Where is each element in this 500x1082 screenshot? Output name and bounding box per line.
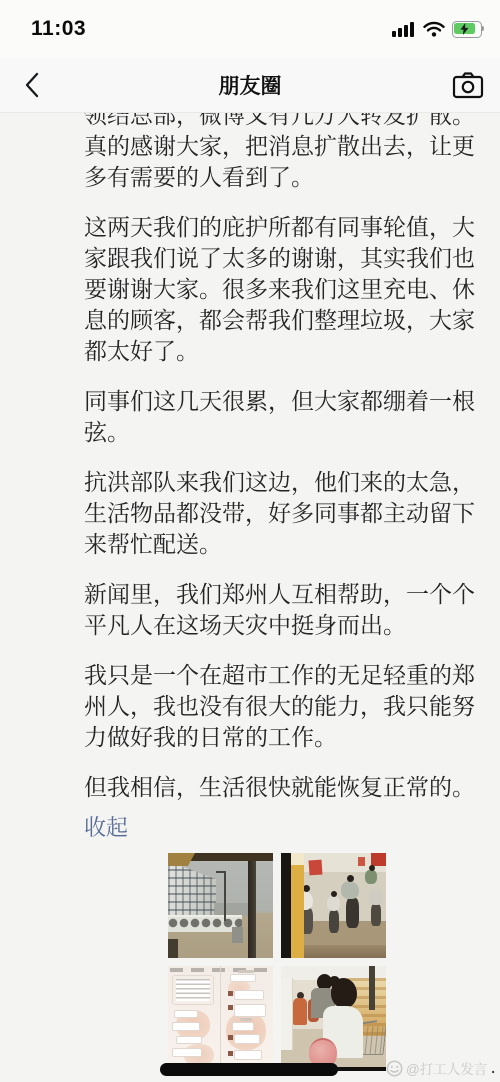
dark-pillar (369, 966, 375, 1010)
woman-head (331, 978, 357, 1008)
post-paragraph: 领结总部，微博又有几万人转发扩散。真的感谢大家，把消息扩散出去，让更多有需要的人… (84, 113, 478, 193)
chat-avatar (228, 1005, 233, 1010)
person-head (303, 885, 310, 892)
nav-bar: 朋友圈 (0, 58, 500, 113)
chat-avatar (228, 1051, 233, 1056)
post-paragraph: 抗洪部队来我们这边，他们来的太急，生活物品都没带，好多同事都主动留下来帮忙配送。 (84, 467, 478, 560)
status-time: 11:03 (31, 17, 86, 41)
person-head (331, 891, 337, 897)
person-head (347, 875, 354, 882)
status-bar: 11:03 (0, 0, 500, 58)
status-icons (392, 20, 486, 37)
post-paragraph: 新闻里，我们郑州人互相帮助，一个个平凡人在这场天灾中挺身而出。 (84, 579, 478, 641)
photo-grid (168, 853, 388, 1071)
chat-bubble (174, 1010, 198, 1018)
back-button[interactable] (16, 69, 48, 101)
chat-avatar (228, 991, 233, 996)
wifi-icon (423, 21, 445, 37)
panel-divider (220, 966, 221, 1071)
watermark-text: @打工人发言 (406, 1058, 487, 1078)
chat-timestamp (240, 1018, 252, 1021)
black-redaction-bar (160, 1063, 338, 1076)
door-frame (281, 978, 293, 1050)
building (168, 861, 216, 922)
red-sign (371, 853, 386, 866)
yellow-pillar (291, 853, 304, 958)
camera-button[interactable] (450, 68, 486, 102)
watermark-dot: . (491, 1061, 495, 1076)
utility-box (232, 927, 243, 943)
charging-bolt-icon (459, 23, 470, 35)
chat-bubble (230, 974, 256, 982)
awning-corner (168, 853, 195, 866)
post-paragraph: 我只是一个在超市工作的无足轻重的郑州人，我也没有很大的能力，我只能努力做好我的日… (84, 660, 478, 753)
wechat-moments-screen: 11:03 (0, 0, 500, 1082)
post-text: 领结总部，微博又有几万人转发扩散。真的感谢大家，把消息扩散出去，让更多有需要的人… (84, 113, 484, 1071)
photo-store-cleanup[interactable] (281, 853, 386, 958)
foreground-pole (248, 853, 256, 958)
person-legs (329, 910, 339, 933)
post-paragraph: 同事们这几天很累，但大家都绷着一根弦。 (84, 386, 478, 448)
red-sign (308, 860, 322, 876)
chat-bubble (234, 1004, 266, 1017)
battery-tip (482, 26, 485, 31)
cellular-signal-icon (392, 21, 416, 37)
photo-chat-screenshot[interactable] (168, 966, 273, 1071)
photo-checkout-queue[interactable] (281, 966, 386, 1071)
photo-flood-street[interactable] (168, 853, 273, 958)
chat-bubble (232, 1022, 254, 1031)
red-sign (358, 857, 365, 866)
lamp-post (224, 871, 226, 921)
chat-avatar (228, 1035, 233, 1040)
chevron-left-icon (24, 72, 40, 98)
person-figure (369, 889, 383, 905)
person-orange-shirt (293, 998, 307, 1025)
page-title: 朋友圈 (219, 70, 282, 100)
collapse-link[interactable]: 收起 (84, 816, 128, 840)
person-legs (346, 898, 359, 928)
camera-icon (452, 71, 484, 99)
dark-corner (168, 939, 178, 958)
chat-bubble (234, 1034, 260, 1044)
post-paragraph: 但我相信，生活很快就能恢复正常的。 (84, 772, 478, 803)
person-figure (365, 870, 377, 884)
person-figure (341, 881, 359, 899)
chat-timestamp (238, 970, 254, 973)
bridge-railing (168, 915, 242, 932)
post-content: 领结总部，微博又有几万人转发扩散。真的感谢大家，把消息扩散出去，让更多有需要的人… (0, 113, 500, 1082)
chat-text-bubble (172, 975, 214, 1005)
lamp-arm (216, 871, 226, 873)
chat-bubble (176, 1036, 202, 1044)
dark-edge (281, 853, 291, 958)
chat-bubble (172, 1048, 202, 1057)
emoji-icon (386, 1060, 403, 1077)
muddy-floor (291, 945, 386, 958)
chat-bubble (234, 1050, 262, 1060)
post-paragraph: 这两天我们的庇护所都有同事轮值，大家跟我们说了太多的谢谢，其实我们也要谢谢大家。… (84, 212, 478, 367)
watermark: @打工人发言 . (386, 1057, 495, 1079)
battery-charging-icon (452, 21, 486, 37)
person-figure (327, 896, 340, 911)
person-legs (371, 904, 381, 926)
person-head (369, 865, 375, 871)
chat-bubble (172, 1022, 200, 1031)
chat-bubble (234, 990, 264, 1000)
